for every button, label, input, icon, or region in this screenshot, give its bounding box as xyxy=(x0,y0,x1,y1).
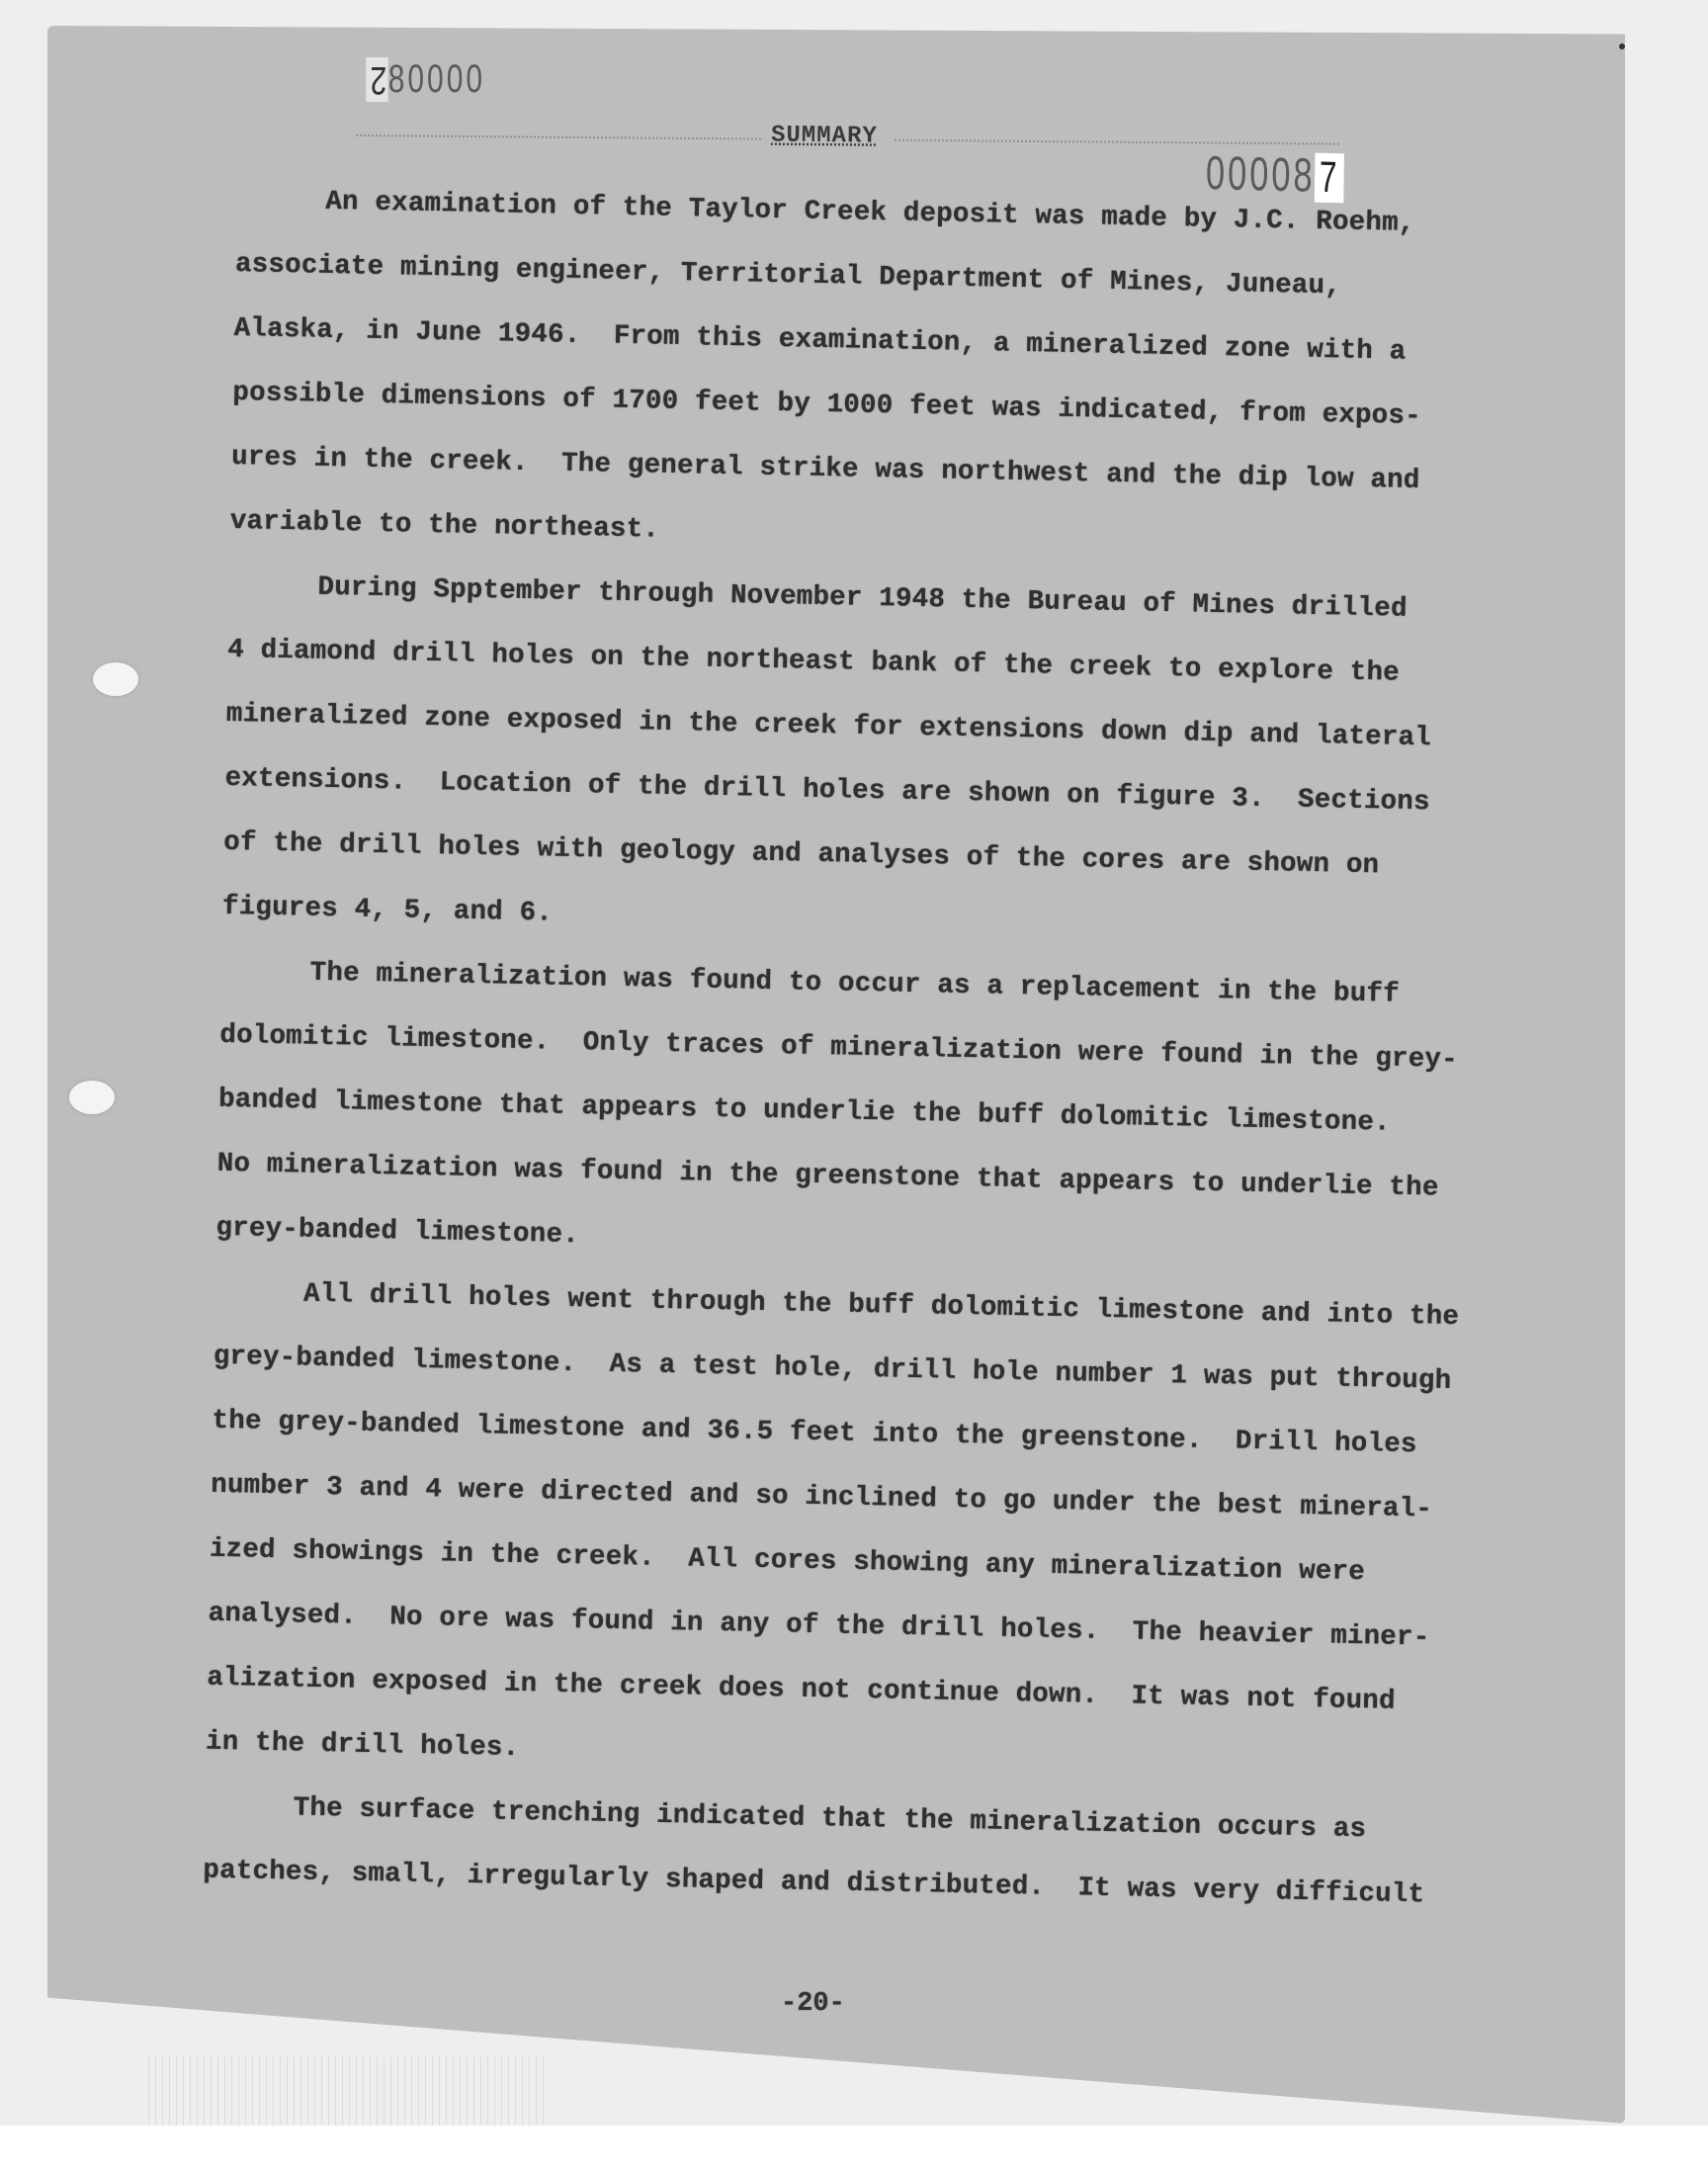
dotted-rule-left xyxy=(356,134,761,140)
document-content: 280000 000087 SUMMARY An examination of … xyxy=(0,0,1708,2175)
paragraph-drilling: During Spptember through November 1948 t… xyxy=(221,554,1455,964)
paragraph-mineralization: The mineralization was found to occur as… xyxy=(215,939,1447,1285)
stamp-number-top-left: 280000 xyxy=(366,57,485,102)
punch-hole-bottom xyxy=(69,1081,115,1114)
paragraph-drill-holes: All drill holes went through the buff do… xyxy=(205,1261,1440,1799)
paragraph-trenching: The surface trenching indicated that the… xyxy=(203,1775,1430,1928)
punch-hole-top xyxy=(93,662,138,696)
ink-speck xyxy=(1619,43,1625,49)
stamp-digits: 80000 xyxy=(388,57,485,101)
document-body: An examination of the Taylor Creek depos… xyxy=(203,168,1463,1928)
stamp-inverted-digit: 2 xyxy=(366,57,388,102)
page-number: -20- xyxy=(781,1989,845,2019)
heading-row: SUMMARY xyxy=(356,119,1443,158)
paragraph-examination: An examination of the Taylor Creek depos… xyxy=(229,168,1463,578)
dotted-rule-right xyxy=(895,139,1339,145)
page-title: SUMMARY xyxy=(771,123,878,150)
